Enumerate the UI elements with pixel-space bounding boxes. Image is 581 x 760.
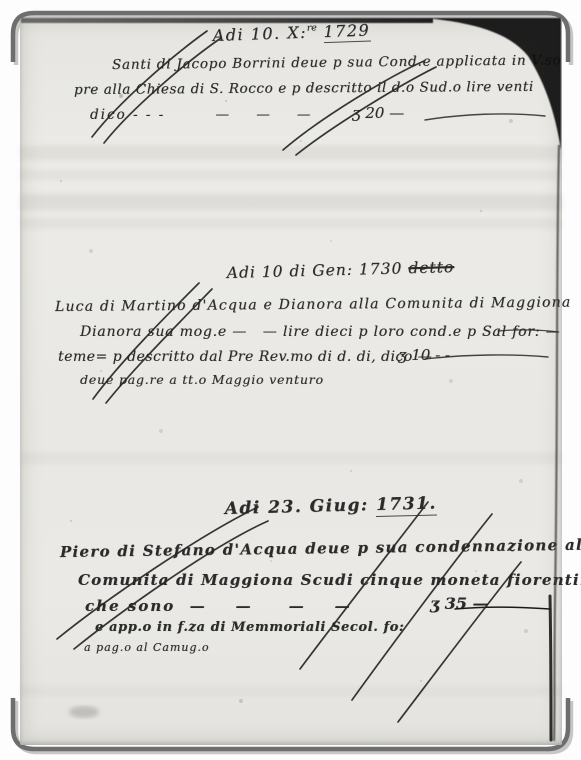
scan-streak [20, 452, 562, 464]
entry-text-line: teme= p descritto dal Pre Rev.mo di d. d… [58, 349, 432, 365]
scan-streak [20, 686, 562, 696]
date-year: 1729 [323, 21, 370, 44]
entry-date-heading: Adi 23. Giug: 1731. [224, 493, 437, 519]
scanned-ledger-page: Adi 10. X:re 1729 Santi di Jacopo Borrin… [0, 0, 581, 760]
entry-text-line: che sono — — — — [85, 597, 352, 615]
scan-streak [20, 218, 562, 229]
scan-streak [20, 170, 562, 180]
date-superscript: re [307, 22, 317, 33]
entry-text-line: pre alla Chiesa di S. Rocco e p descritt… [74, 79, 534, 98]
entry-text-line: Dianora sua mog.e — — lire dieci p loro … [80, 324, 560, 340]
entry-date-heading: Adi 10. X:re 1729 [212, 21, 370, 45]
date-year: 1730 [359, 259, 403, 278]
scan-streak [20, 194, 562, 210]
entry-text-line: Comunita di Maggiona Scudi cinque moneta… [78, 571, 581, 589]
date-text: Adi 23. Giug: [224, 495, 376, 519]
date-text: Adi 10. X: [212, 23, 307, 45]
paper-specks [20, 18, 22, 20]
date-text: Adi 10 di Gen: [227, 261, 360, 282]
scan-streak [20, 146, 562, 160]
entry-amount-lire: ʒ 20 — [352, 104, 404, 122]
entry-text-line: e app.o in f.za di Memmoriali Secol. fo: [95, 620, 404, 635]
entry-text-line-small: a pag.o al Camug.o [84, 641, 210, 654]
entry-text-line: deue pag.re a tt.o Maggio venturo [80, 372, 324, 387]
date-year: 1731. [376, 493, 437, 517]
entry-amount-lire: ʒ 10 - - [398, 346, 450, 364]
entry-amount-lire: ʒ 35 — [430, 594, 489, 613]
struck-word: detto [408, 258, 454, 277]
entry-text-line: dico - - - — — — [90, 107, 312, 123]
